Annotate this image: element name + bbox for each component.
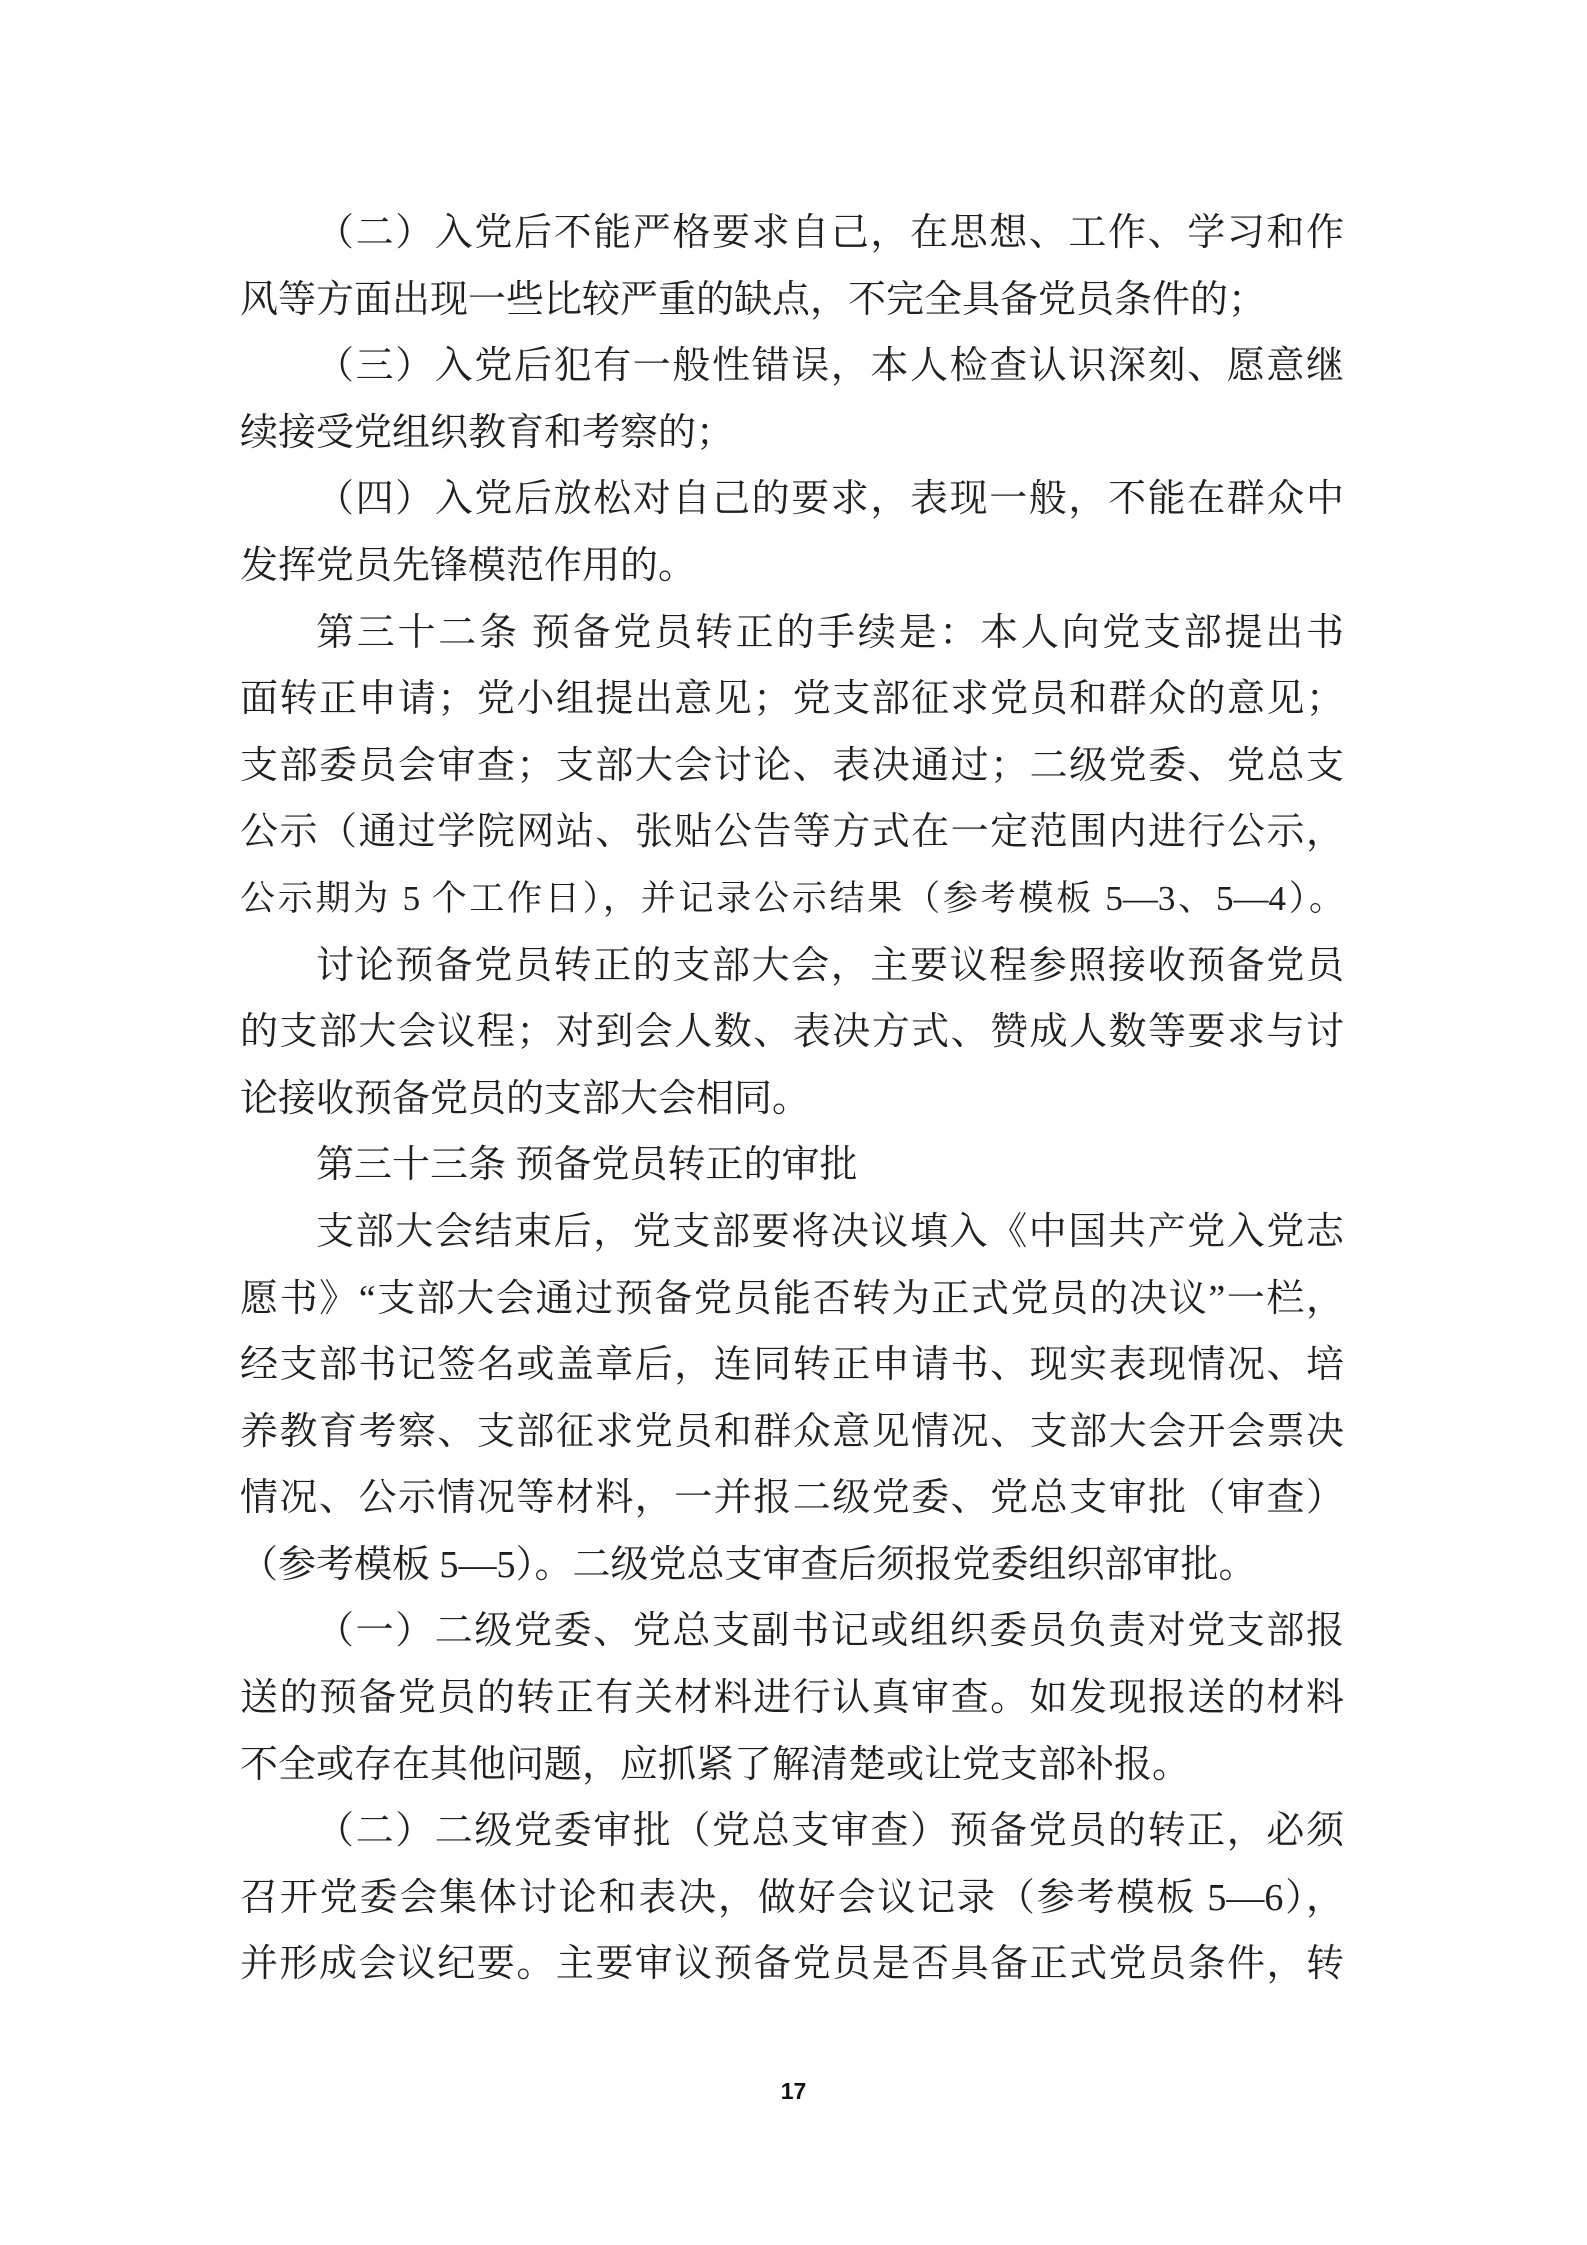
document-page: （二）入党后不能严格要求自己，在思想、工作、学习和作风等方面出现一些比较严重的缺… bbox=[0, 0, 1587, 2245]
text-line: 续接受党组织教育和考察的； bbox=[240, 400, 1344, 467]
text-line: 第三十三条 预备党员转正的审批 bbox=[240, 1132, 1344, 1199]
text-line: 第三十二条 预备党员转正的手续是：本人向党支部提出书 bbox=[240, 600, 1344, 667]
text-line: 支部委员会审查；支部大会讨论、表决通过；二级党委、党总支 bbox=[240, 733, 1344, 800]
text-line: 公示期为 5 个工作日），并记录公示结果（参考模板 5—3、5—4）。 bbox=[240, 866, 1344, 933]
text-line: 经支部书记签名或盖章后，连同转正申请书、现实表现情况、培 bbox=[240, 1332, 1344, 1399]
text-line: 召开党委会集体讨论和表决，做好会议记录（参考模板 5—6）， bbox=[240, 1865, 1344, 1932]
text-line: 面转正申请；党小组提出意见；党支部征求党员和群众的意见； bbox=[240, 666, 1344, 733]
text-line: 愿书》“支部大会通过预备党员能否转为正式党员的决议”一栏， bbox=[240, 1266, 1344, 1333]
text-line: 发挥党员先锋模范作用的。 bbox=[240, 533, 1344, 600]
text-line: （参考模板 5—5）。二级党总支审查后须报党委组织部审批。 bbox=[240, 1532, 1344, 1599]
text-line: 讨论预备党员转正的支部大会，主要议程参照接收预备党员 bbox=[240, 933, 1344, 1000]
text-line: 公示（通过学院网站、张贴公告等方式在一定范围内进行公示， bbox=[240, 799, 1344, 866]
document-body: （二）入党后不能严格要求自己，在思想、工作、学习和作风等方面出现一些比较严重的缺… bbox=[240, 200, 1344, 1998]
text-line: 不全或存在其他问题，应抓紧了解清楚或让党支部补报。 bbox=[240, 1732, 1344, 1799]
text-line: 风等方面出现一些比较严重的缺点，不完全具备党员条件的； bbox=[240, 267, 1344, 334]
text-line: （四）入党后放松对自己的要求，表现一般，不能在群众中 bbox=[240, 466, 1344, 533]
text-line: （三）入党后犯有一般性错误，本人检查认识深刻、愿意继 bbox=[240, 333, 1344, 400]
text-line: （二）入党后不能严格要求自己，在思想、工作、学习和作 bbox=[240, 200, 1344, 267]
page-number: 17 bbox=[781, 2078, 807, 2104]
page-number-footer: 17 bbox=[0, 2078, 1587, 2105]
text-line: 送的预备党员的转正有关材料进行认真审查。如发现报送的材料 bbox=[240, 1665, 1344, 1732]
text-line: 论接收预备党员的支部大会相同。 bbox=[240, 1066, 1344, 1133]
text-line: （二）二级党委审批（党总支审查）预备党员的转正，必须 bbox=[240, 1798, 1344, 1865]
text-line: （一）二级党委、党总支副书记或组织委员负责对党支部报 bbox=[240, 1598, 1344, 1665]
text-line: 的支部大会议程；对到会人数、表决方式、赞成人数等要求与讨 bbox=[240, 999, 1344, 1066]
text-line: 养教育考察、支部征求党员和群众意见情况、支部大会开会票决 bbox=[240, 1399, 1344, 1466]
text-line: 支部大会结束后，党支部要将决议填入《中国共产党入党志 bbox=[240, 1199, 1344, 1266]
text-line: 情况、公示情况等材料，一并报二级党委、党总支审批（审查） bbox=[240, 1465, 1344, 1532]
text-line: 并形成会议纪要。主要审议预备党员是否具备正式党员条件，转 bbox=[240, 1931, 1344, 1998]
